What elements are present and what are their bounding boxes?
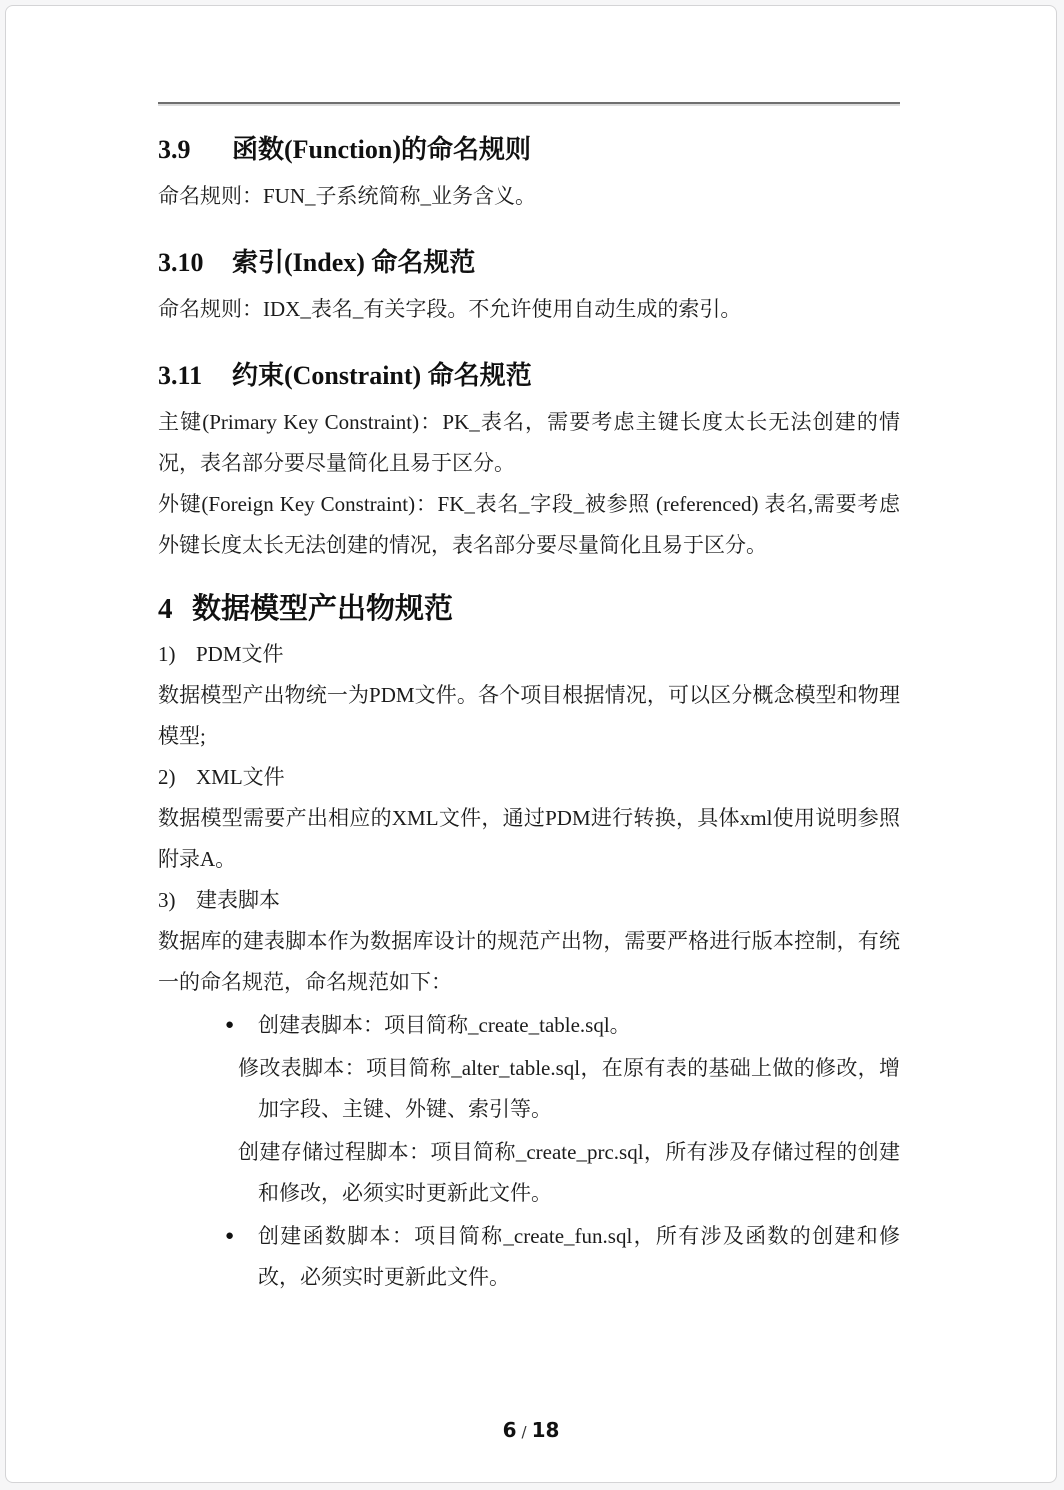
section-number: 3.10 (158, 243, 232, 283)
section-title: 函数(Function)的命名规则 (232, 135, 531, 164)
item-text: 建表脚本 (196, 888, 280, 912)
numbered-item-table-script: 3)建表脚本 (158, 880, 900, 921)
bullet-icon: ● (225, 1005, 234, 1046)
page-number-separator: / (522, 1423, 527, 1441)
paragraph-xml-file: 数据模型需要产出相应的XML文件，通过PDM进行转换，具体xml使用说明参照附录… (158, 798, 900, 880)
sub-paragraph-alter-table: 修改表脚本：项目简称_alter_table.sql，在原有表的基础上做的修改，… (258, 1048, 900, 1130)
bullet-text: 创建函数脚本：项目简称_create_fun.sql，所有涉及函数的创建和修改，… (258, 1224, 900, 1289)
paragraph-function-naming-rule: 命名规则：FUN_子系统简称_业务含义。 (158, 176, 900, 217)
item-number: 1) (158, 634, 196, 675)
section-title: 数据模型产出物规范 (192, 593, 453, 625)
item-number: 3) (158, 880, 196, 921)
item-number: 2) (158, 757, 196, 798)
section-number: 4 (158, 586, 192, 632)
page-number: 6/18 (6, 1418, 1056, 1442)
paragraph-index-naming-rule: 命名规则：IDX_表名_有关字段。不允许使用自动生成的索引。 (158, 289, 900, 330)
section-heading-3-10: 3.10索引(Index) 命名规范 (158, 243, 900, 283)
bullet-icon: ● (225, 1216, 234, 1257)
paragraph-table-script: 数据库的建表脚本作为数据库设计的规范产出物，需要严格进行版本控制，有统一的命名规… (158, 921, 900, 1003)
paragraph-pdm-file: 数据模型产出物统一为PDM文件。各个项目根据情况，可以区分概念模型和物理模型; (158, 675, 900, 757)
document-page: 3.9函数(Function)的命名规则 命名规则：FUN_子系统简称_业务含义… (5, 5, 1057, 1483)
page-number-total: 18 (532, 1418, 560, 1442)
bullet-text: 创建表脚本：项目简称_create_table.sql。 (258, 1013, 631, 1037)
bullet-item-create-table: ●创建表脚本：项目简称_create_table.sql。 (258, 1005, 900, 1046)
page-number-current: 6 (503, 1418, 517, 1442)
section-number: 3.9 (158, 130, 232, 170)
item-text: PDM文件 (196, 642, 284, 666)
document-content: 3.9函数(Function)的命名规则 命名规则：FUN_子系统简称_业务含义… (158, 102, 900, 1298)
section-heading-4: 4数据模型产出物规范 (158, 586, 900, 632)
section-number: 3.11 (158, 356, 232, 396)
header-rule (158, 102, 900, 104)
bullet-item-create-function: ●创建函数脚本：项目简称_create_fun.sql，所有涉及函数的创建和修改… (258, 1216, 900, 1298)
item-text: XML文件 (196, 765, 285, 789)
section-title: 约束(Constraint) 命名规范 (232, 361, 532, 390)
numbered-item-xml: 2)XML文件 (158, 757, 900, 798)
paragraph-foreign-key-constraint: 外键(Foreign Key Constraint)：FK_表名_字段_被参照 … (158, 484, 900, 566)
section-heading-3-11: 3.11约束(Constraint) 命名规范 (158, 356, 900, 396)
paragraph-primary-key-constraint: 主键(Primary Key Constraint)：PK_表名，需要考虑主键长… (158, 402, 900, 484)
numbered-item-pdm: 1)PDM文件 (158, 634, 900, 675)
sub-paragraph-create-procedure: 创建存储过程脚本：项目简称_create_prc.sql，所有涉及存储过程的创建… (258, 1132, 900, 1214)
section-heading-3-9: 3.9函数(Function)的命名规则 (158, 130, 900, 170)
section-title: 索引(Index) 命名规范 (232, 248, 475, 277)
